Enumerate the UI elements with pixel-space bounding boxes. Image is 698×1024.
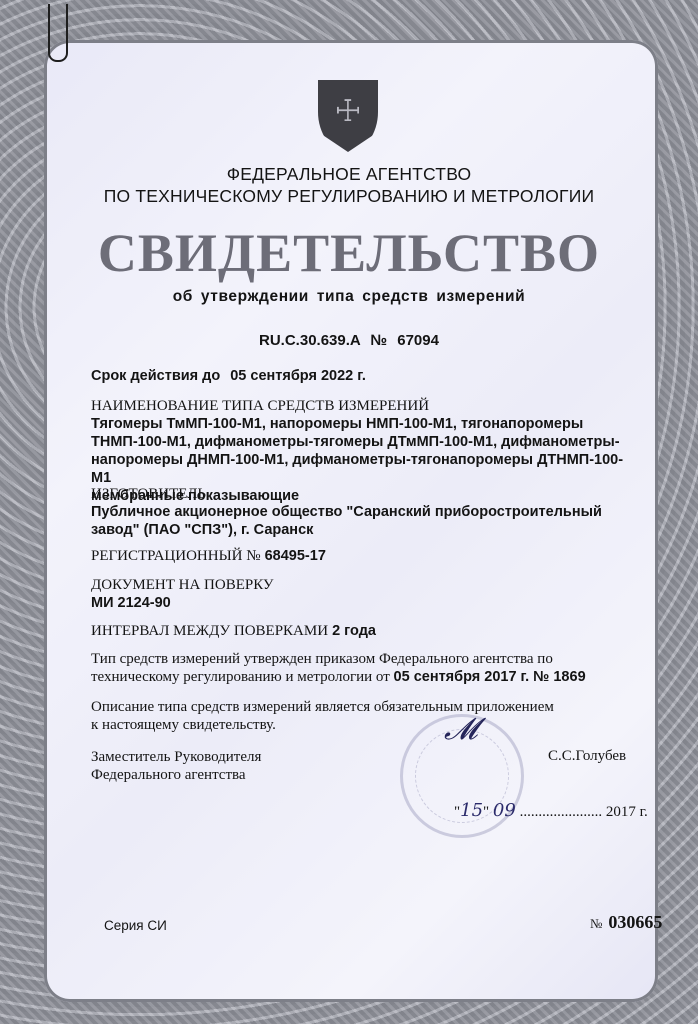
manufacturer-line: Публичное акционерное общество "Сарански… <box>91 503 631 521</box>
registration-value: 68495-17 <box>265 548 326 564</box>
type-name-label: НАИМЕНОВАНИЕ ТИПА СРЕДСТВ ИЗМЕРЕНИЙ <box>91 397 631 415</box>
verification-document-value: МИ 2124-90 <box>91 594 631 612</box>
issue-month: 09 <box>493 800 516 821</box>
description-note-line2: к настоящему свидетельству. <box>91 716 627 734</box>
issue-year: 2017 г. <box>606 804 648 820</box>
number-sign: № <box>370 332 387 349</box>
document-title: СВИДЕТЕЛЬСТВО <box>0 222 698 284</box>
verification-document-section: ДОКУМЕНТ НА ПОВЕРКУ МИ 2124-90 <box>91 576 631 612</box>
registration-label: РЕГИСТРАЦИОННЫЙ № <box>91 548 261 564</box>
signatory-name: С.С.Голубев <box>548 748 626 765</box>
manufacturer-section: ИЗГОТОВИТЕЛЬ Публичное акционерное общес… <box>91 485 631 539</box>
document-subtitle: об утверждении типа средств измерений <box>0 288 698 306</box>
validity-label: Срок действия до <box>91 368 220 384</box>
certificate-code: RU.C.30.639.A <box>259 332 360 349</box>
approval-order-paragraph: Тип средств измерений утвержден приказом… <box>91 650 627 686</box>
signatory-position-line2: Федерального агентства <box>91 766 631 784</box>
approval-order-line1: Тип средств измерений утвержден приказом… <box>91 650 627 668</box>
manufacturer-line: завод" (ПАО "СПЗ"), г. Саранск <box>91 521 631 539</box>
number-sign: № <box>590 916 602 931</box>
type-name-line: ТНМП-100-М1, дифманометры-тягомеры ДТмМП… <box>91 433 631 451</box>
manufacturer-label: ИЗГОТОВИТЕЛЬ <box>91 485 631 503</box>
agency-name-line1: ФЕДЕРАЛЬНОЕ АГЕНТСТВО <box>0 164 698 185</box>
issue-date: "15" 09 ...................... 2017 г. <box>454 800 648 821</box>
agency-name-line2: ПО ТЕХНИЧЕСКОМУ РЕГУЛИРОВАНИЮ И МЕТРОЛОГ… <box>0 186 698 207</box>
certificate-number-value: 67094 <box>397 332 439 349</box>
form-series: Серия СИ <box>104 918 167 933</box>
validity-date: 05 сентября 2022 г. <box>230 368 366 384</box>
quote-mark: " <box>483 804 489 820</box>
verification-document-label: ДОКУМЕНТ НА ПОВЕРКУ <box>91 576 631 594</box>
issue-month-dots: ...................... <box>520 804 603 820</box>
double-headed-eagle-icon: ☩ <box>330 92 366 132</box>
issue-day: 15 <box>460 800 483 821</box>
certificate-number: RU.C.30.639.A № 67094 <box>0 332 698 349</box>
type-name-line: напоромеры ДНМП-100-М1, дифманометры-тяг… <box>91 451 631 487</box>
approval-order-date-number: 05 сентября 2017 г. № 1869 <box>394 669 586 685</box>
approval-order-line2: техническому регулированию и метрологии … <box>91 669 390 685</box>
serial-number-value: 030665 <box>608 912 662 932</box>
verification-interval-label: ИНТЕРВАЛ МЕЖДУ ПОВЕРКАМИ <box>91 623 328 639</box>
verification-interval-section: ИНТЕРВАЛ МЕЖДУ ПОВЕРКАМИ 2 года <box>91 622 631 640</box>
form-serial-number: №030665 <box>590 912 662 933</box>
description-note-line1: Описание типа средств измерений является… <box>91 698 627 716</box>
validity-line: Срок действия до 05 сентября 2022 г. <box>91 367 631 385</box>
verification-interval-value: 2 года <box>332 623 376 639</box>
description-note: Описание типа средств измерений является… <box>91 698 627 734</box>
paper-clip-icon <box>48 4 68 62</box>
registration-section: РЕГИСТРАЦИОННЫЙ № 68495-17 <box>91 547 631 565</box>
type-name-line: Тягомеры ТмМП-100-М1, напоромеры НМП-100… <box>91 415 631 433</box>
